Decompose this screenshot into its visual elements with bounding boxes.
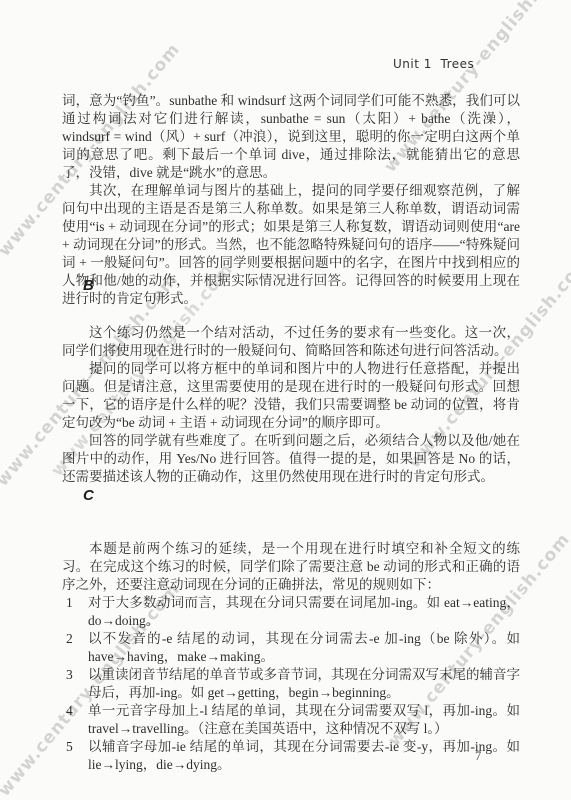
book-page: www.century-english.com www.century-engl… xyxy=(0,0,571,800)
paragraph: 回答的同学就有些难度了。在听到问题之后，必须结合人物以及他/她在图片中的动作，用… xyxy=(62,432,520,486)
rule-item: 5 以辅音字母加-ie 结尾的单词，其现在分词需要去-ie 变-y，再加-ing… xyxy=(62,738,520,774)
section-a-commentary: 词，意为“钓鱼”。sunbathe 和 windsurf 这两个词同学们可能不熟… xyxy=(62,92,520,308)
rule-text: 对于大多数动词而言，其现在分词只需要在词尾加-ing。如 eat→eating，… xyxy=(88,595,520,628)
section-b-commentary: 这个练习仍然是一个结对活动，不过任务的要求有一些变化。这一次，同学们将使用现在进… xyxy=(62,324,520,486)
rule-text: 单一元音字母加上-l 结尾的单词，其现在分词需要双写 l，再加-ing。如 tr… xyxy=(88,703,520,736)
rule-number: 2 xyxy=(66,630,73,648)
rule-number: 4 xyxy=(66,702,73,720)
participle-rules-list: 1 对于大多数动词而言，其现在分词只需要在词尾加-ing。如 eat→eatin… xyxy=(62,594,520,774)
running-header: Unit 1 Trees xyxy=(393,57,474,71)
section-b-label: B xyxy=(83,277,94,294)
page-number: 7 xyxy=(475,749,481,764)
rule-text: 以不发音的-e 结尾的动词，其现在分词需去-e 加-ing（be 除外）。如 h… xyxy=(88,631,520,664)
section-c-commentary: 本题是前两个练习的延续，是一个用现在进行时填空和补全短文的练习。在完成这个练习的… xyxy=(62,540,520,774)
paragraph: 提问的同学可以将方框中的单词和图片中的人物进行任意搭配，并提出问题。但是请注意，… xyxy=(62,360,520,432)
paragraph: 本题是前两个练习的延续，是一个用现在进行时填空和补全短文的练习。在完成这个练习的… xyxy=(62,540,520,594)
rule-text: 以辅音字母加-ie 结尾的单词，其现在分词需要去-ie 变-y，再加-ing。如… xyxy=(88,739,520,772)
rule-text: 以重读闭音节结尾的单音节或多音节词，其现在分词需双写末尾的辅音字母后，再加-in… xyxy=(88,667,520,700)
rule-item: 1 对于大多数动词而言，其现在分词只需要在词尾加-ing。如 eat→eatin… xyxy=(62,594,520,630)
paragraph: 这个练习仍然是一个结对活动，不过任务的要求有一些变化。这一次，同学们将使用现在进… xyxy=(62,324,520,360)
content-layer: Unit 1 Trees 词，意为“钓鱼”。sunbathe 和 windsur… xyxy=(0,0,571,800)
paragraph: 其次，在理解单词与图片的基础上，提问的同学要仔细观察范例，了解问句中出现的主语是… xyxy=(62,182,520,308)
section-c-label: C xyxy=(83,487,94,504)
paragraph: 词，意为“钓鱼”。sunbathe 和 windsurf 这两个词同学们可能不熟… xyxy=(62,92,520,182)
rule-number: 3 xyxy=(66,666,73,684)
rule-number: 1 xyxy=(66,594,73,612)
rule-item: 3 以重读闭音节结尾的单音节或多音节词，其现在分词需双写末尾的辅音字母后，再加-… xyxy=(62,666,520,702)
rule-item: 4 单一元音字母加上-l 结尾的单词，其现在分词需要双写 l，再加-ing。如 … xyxy=(62,702,520,738)
rule-number: 5 xyxy=(66,738,73,756)
rule-item: 2 以不发音的-e 结尾的动词，其现在分词需去-e 加-ing（be 除外）。如… xyxy=(62,630,520,666)
